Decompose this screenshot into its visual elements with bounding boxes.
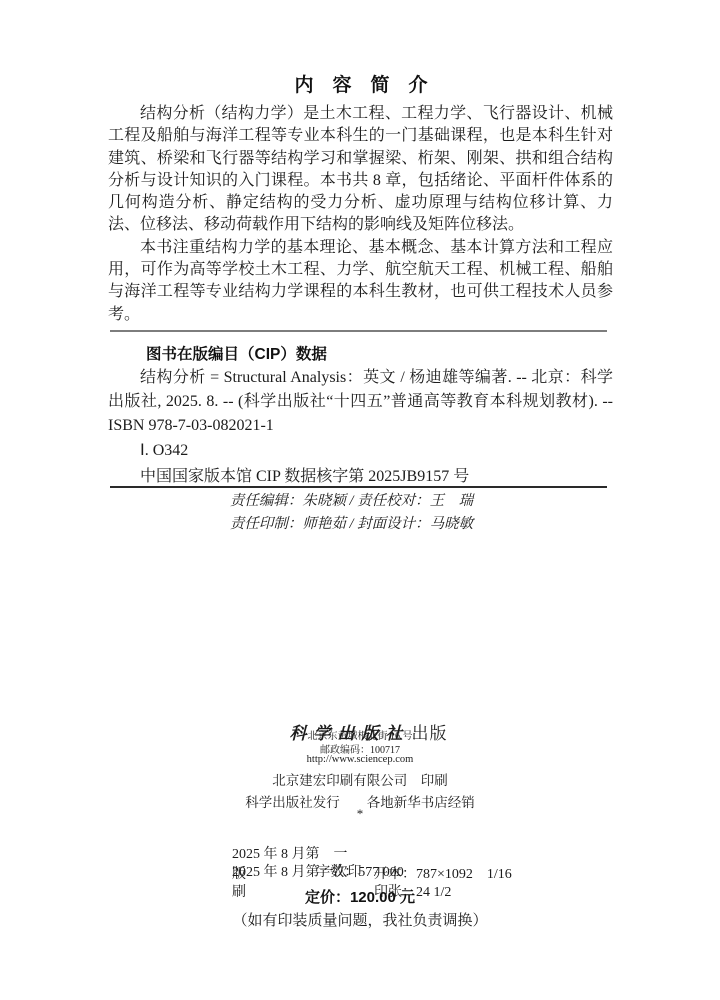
cip-classification: Ⅰ. O342	[140, 440, 188, 460]
book-copyright-page: 内 容 简 介 结构分析（结构力学）是土木工程、工程力学、飞行器设计、机械工程及…	[0, 0, 720, 1000]
content-summary: 结构分析（结构力学）是土木工程、工程力学、飞行器设计、机械工程及船舶与海洋工程等…	[108, 103, 613, 326]
divider-line-top	[110, 330, 607, 332]
cip-heading: 图书在版编目（CIP）数据	[146, 342, 327, 364]
price: 定价：120.00 元	[0, 886, 720, 907]
cip-record: 结构分析 = Structural Analysis：英文 / 杨迪雄等编著. …	[108, 366, 613, 438]
intro-paragraph: 结构分析（结构力学）是土木工程、工程力学、飞行器设计、机械工程及船舶与海洋工程等…	[108, 103, 613, 237]
quality-note: （如有印装质量问题，我社负责调换）	[0, 909, 720, 930]
divider-line-bottom	[110, 486, 607, 488]
staff-line-production: 责任印制：师艳茹 / 封面设计：马晓敏	[108, 513, 595, 536]
staff-line-editors: 责任编辑：朱晓颖 / 责任校对：王 瑞	[108, 490, 595, 513]
content-summary-title: 内 容 简 介	[108, 70, 614, 97]
word-count: 字数：577 000	[0, 861, 720, 881]
publisher-website: http://www.sciencep.com	[0, 754, 720, 765]
publisher-address: 北京东黄城根北街 16 号	[0, 727, 720, 742]
intro-paragraph: 本书注重结构力学的基本理论、基本概念、基本计算方法和工程应用，可作为高等学校土木…	[108, 237, 613, 326]
editorial-staff: 责任编辑：朱晓颖 / 责任校对：王 瑞 责任印制：师艳茹 / 封面设计：马晓敏	[108, 490, 595, 535]
asterisk-divider: *	[0, 806, 720, 822]
printer-line: 北京建宏印刷有限公司 印刷	[0, 769, 720, 789]
cip-registry-number: 中国国家版本馆 CIP 数据核字第 2025JB9157 号	[140, 463, 469, 486]
